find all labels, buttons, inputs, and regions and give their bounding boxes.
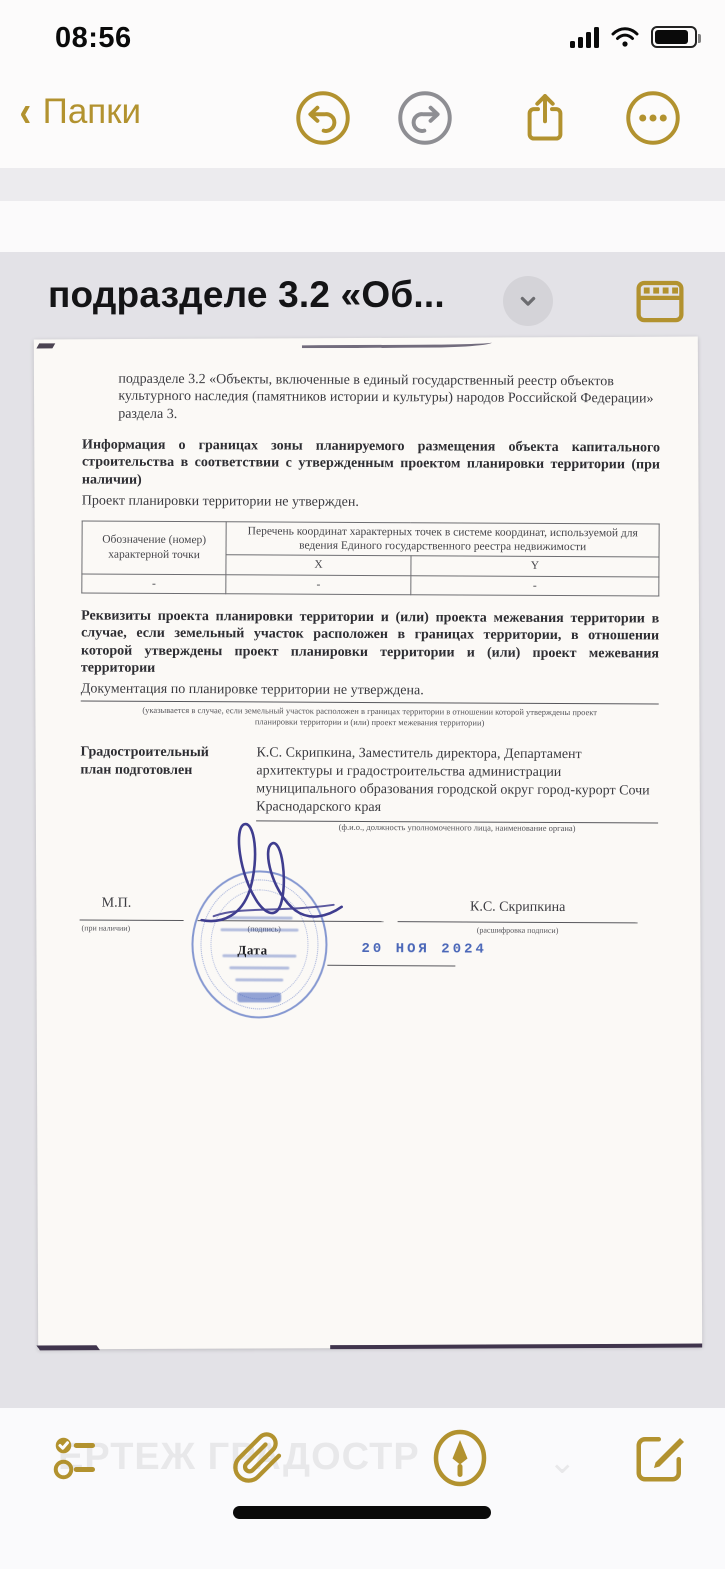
doc-note-docs: Документация по планировке территории не… bbox=[81, 681, 659, 701]
more-button[interactable] bbox=[625, 90, 681, 146]
date-stamp: 20 НОЯ 2024 bbox=[361, 941, 487, 958]
signer-line bbox=[398, 921, 638, 923]
scanned-document-page[interactable]: подразделе 3.2 «Объекты, включенные в ед… bbox=[34, 337, 702, 1350]
table-header-point: Обозначение (номер) характерной точки bbox=[82, 521, 227, 575]
signer-name: К.С. Скрипкина bbox=[398, 899, 638, 916]
scroll-gap-strip bbox=[0, 168, 725, 201]
next-section-chevron-icon: ⌄ bbox=[548, 1442, 577, 1482]
date-line bbox=[327, 965, 455, 967]
wifi-icon bbox=[611, 26, 639, 48]
handwritten-signature bbox=[183, 812, 394, 943]
mp-label: М.П. bbox=[102, 896, 132, 912]
battery-icon bbox=[651, 26, 697, 48]
table-cell: - bbox=[82, 574, 226, 594]
mp-caption: (при наличии) bbox=[82, 923, 131, 932]
chevron-down-icon bbox=[513, 286, 543, 316]
doc-heading-zone: Информация о границах зоны планируемого … bbox=[82, 437, 660, 492]
mp-line bbox=[80, 919, 184, 921]
section-header: подразделе 3.2 «Об... bbox=[48, 266, 697, 336]
attachment-button[interactable] bbox=[228, 1428, 288, 1488]
markup-button[interactable] bbox=[430, 1428, 490, 1488]
scan-artifact bbox=[36, 1345, 99, 1350]
section-title: подразделе 3.2 «Об... bbox=[48, 274, 445, 316]
table-header-coords: Перечень координат характерных точек в с… bbox=[226, 521, 659, 557]
doc-caption-docs: (указывается в случае, если земельный уч… bbox=[133, 705, 607, 730]
thumbnail-grid-icon bbox=[633, 274, 687, 328]
prepared-value: К.С. Скрипкина, Заместитель директора, Д… bbox=[256, 744, 658, 819]
redo-button[interactable] bbox=[397, 90, 453, 146]
checklist-icon bbox=[50, 1428, 110, 1488]
collapse-section-button[interactable] bbox=[503, 276, 553, 326]
status-bar: 08:56 bbox=[0, 14, 725, 64]
checklist-button[interactable] bbox=[50, 1428, 110, 1488]
divider bbox=[81, 700, 659, 704]
status-time: 08:56 bbox=[55, 22, 132, 55]
share-button[interactable] bbox=[517, 90, 573, 146]
note-content-area: подразделе 3.2 «Об... подразделе 3.2 «Об… bbox=[0, 252, 725, 1412]
compose-button[interactable] bbox=[630, 1428, 690, 1488]
table-cell: - bbox=[226, 574, 411, 594]
undo-button[interactable] bbox=[295, 90, 351, 146]
coordinates-table: Обозначение (номер) характерной точки Пе… bbox=[81, 520, 659, 597]
signature-block: М.П. (при наличии) (подпись) Дата К.С. С… bbox=[79, 847, 658, 1080]
table-row: - - - bbox=[82, 574, 659, 596]
doc-note-plan: Проект планировки территории не утвержде… bbox=[82, 493, 660, 513]
table-cell: - bbox=[411, 575, 659, 596]
top-chrome: 08:56 ‹ Папки bbox=[0, 0, 725, 168]
markup-pen-icon bbox=[430, 1428, 490, 1488]
note-top-strip bbox=[0, 201, 725, 252]
compose-icon bbox=[630, 1428, 690, 1488]
doc-intro-paragraph: подразделе 3.2 «Объекты, включенные в ед… bbox=[82, 370, 660, 425]
page-thumbnails-button[interactable] bbox=[633, 274, 687, 328]
date-label: Дата bbox=[237, 942, 267, 958]
home-indicator[interactable] bbox=[233, 1506, 491, 1519]
doc-heading-requisites: Реквизиты проекта планировки территории … bbox=[81, 608, 659, 680]
paperclip-icon bbox=[228, 1428, 288, 1488]
signer-caption: (расшифровка подписи) bbox=[398, 925, 638, 935]
table-header-y: Y bbox=[411, 556, 659, 577]
nav-bar: ‹ Папки bbox=[0, 78, 725, 166]
cellular-signal-icon bbox=[570, 26, 599, 48]
bottom-toolbar: ЕРТЕЖ ГРАДОСТР ⌄ bbox=[0, 1408, 725, 1569]
table-header-x: X bbox=[226, 555, 411, 575]
